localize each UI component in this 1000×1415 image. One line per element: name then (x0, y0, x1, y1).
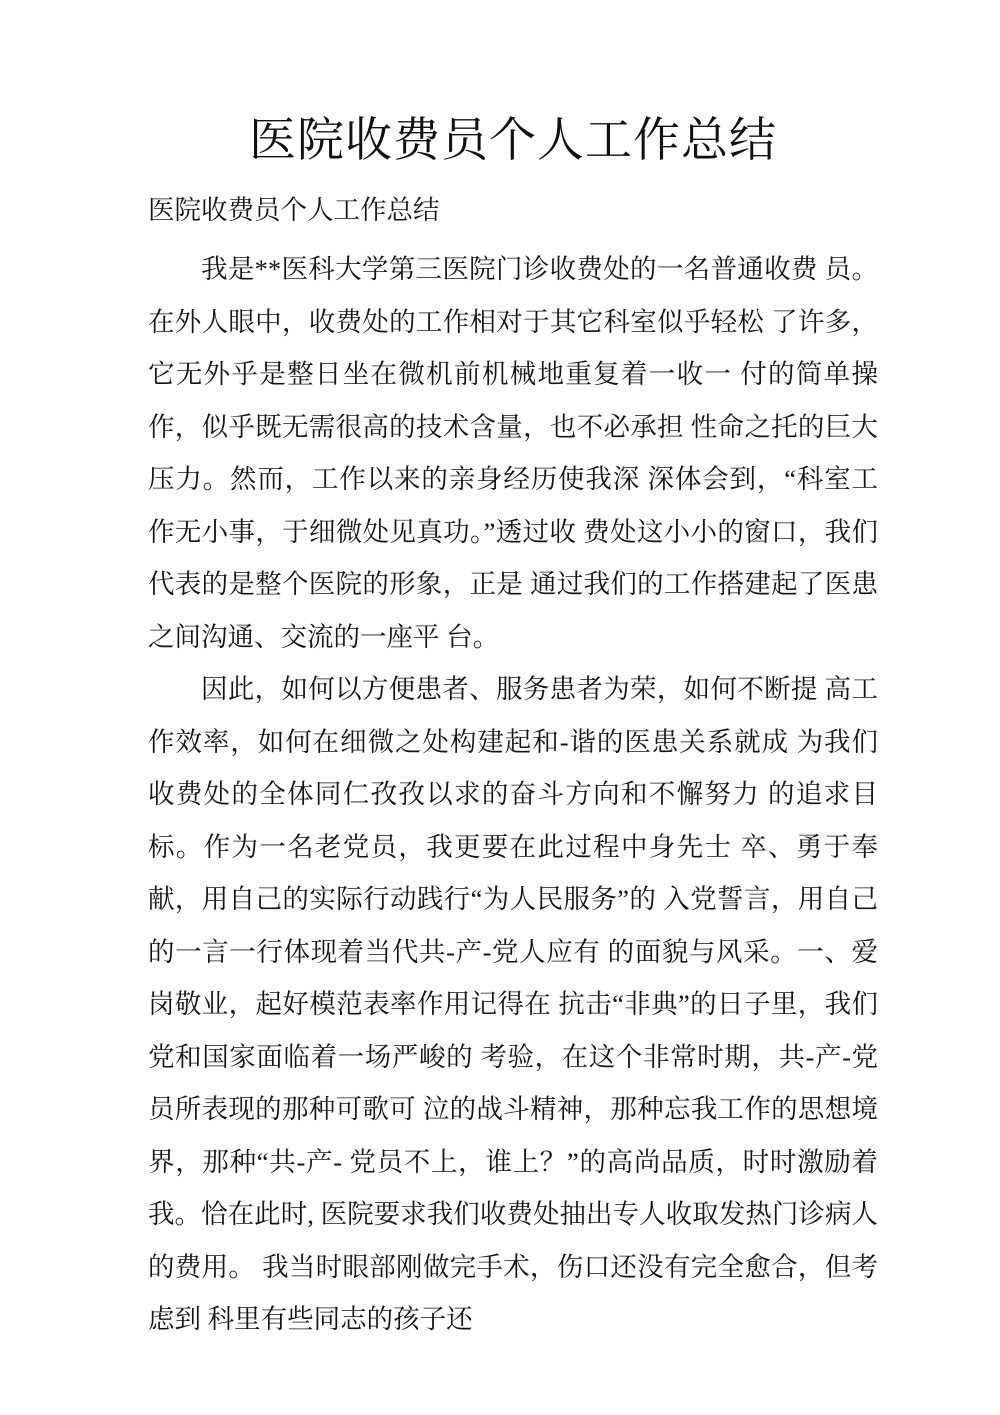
document-body: 我是**医科大学第三医院门诊收费处的一名普通收费 员。在外人眼中，收费处的工作相… (148, 243, 878, 1346)
paragraph-1: 我是**医科大学第三医院门诊收费处的一名普通收费 员。在外人眼中，收费处的工作相… (148, 243, 878, 663)
document-subtitle: 医院收费员个人工作总结 (148, 192, 878, 228)
document-title: 医院收费员个人工作总结 (148, 0, 878, 172)
paragraph-2: 因此，如何以方便患者、服务患者为荣，如何不断提 高工作效率，如何在细微之处构建起… (148, 663, 878, 1346)
document-page: 医院收费员个人工作总结 医院收费员个人工作总结 我是**医科大学第三医院门诊收费… (0, 0, 1000, 1415)
